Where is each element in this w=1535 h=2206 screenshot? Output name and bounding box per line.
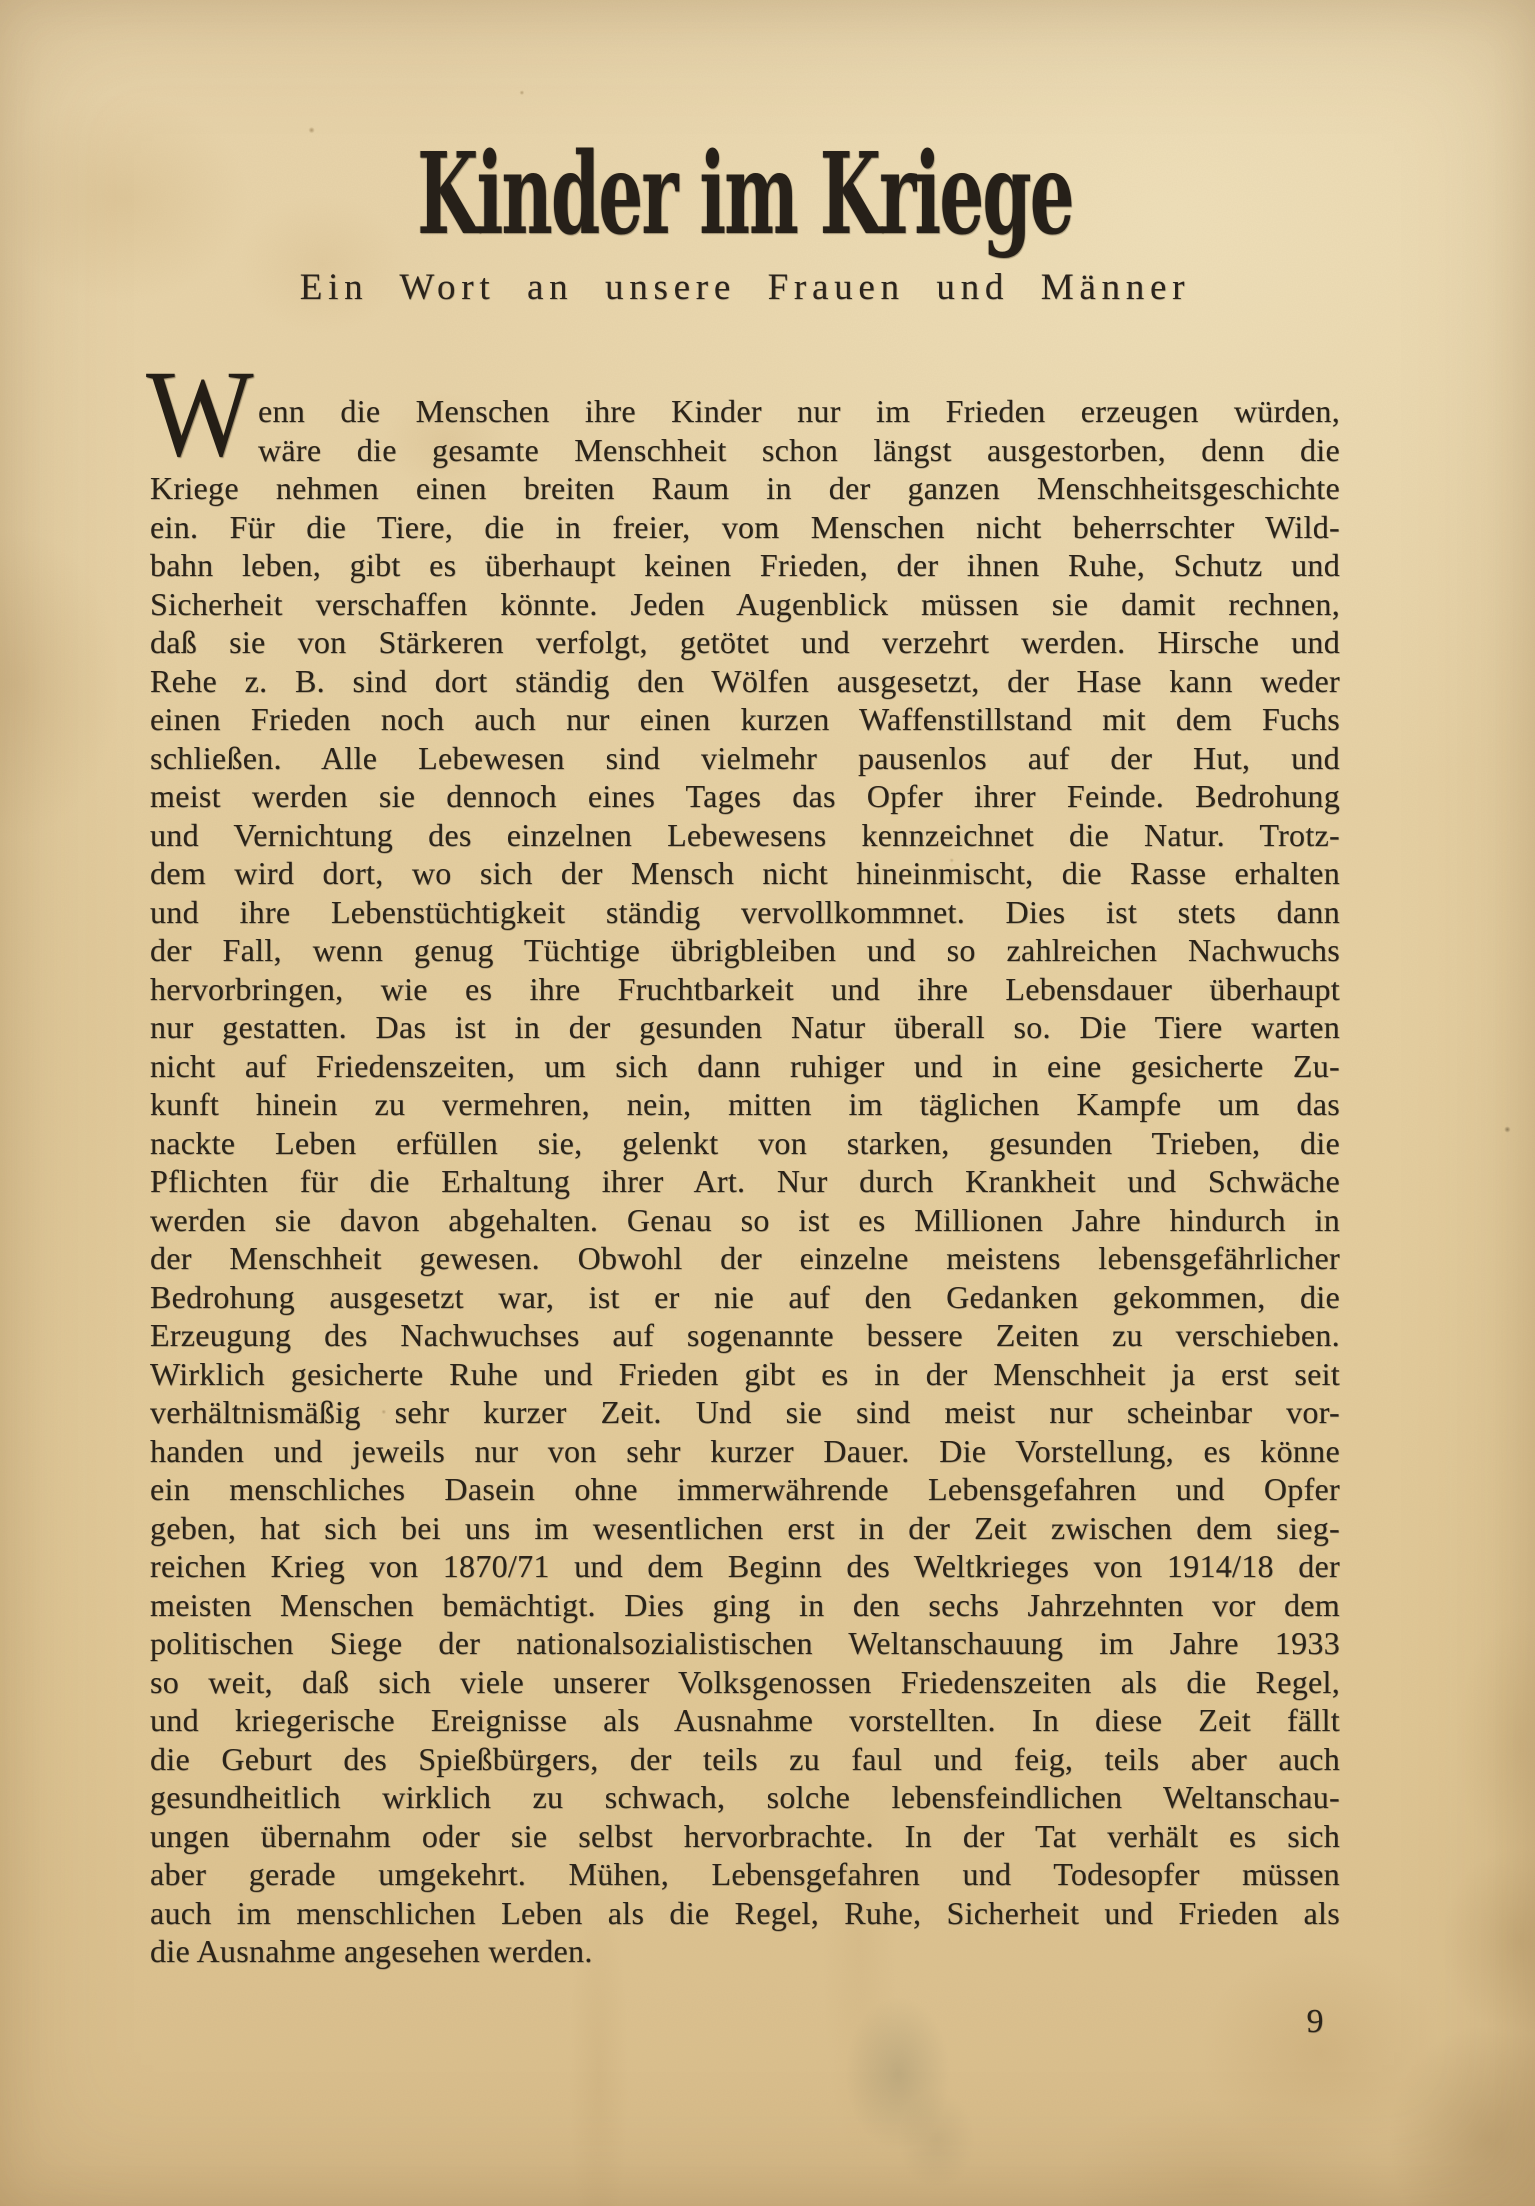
text-line: die Geburt des Spießbürgers, der teils z… <box>150 1740 1340 1779</box>
text-line: geben, hat sich bei uns im wesentlichen … <box>150 1509 1340 1548</box>
text-line: hervorbringen, wie es ihre Fruchtbarkeit… <box>150 970 1340 1009</box>
text-line: meist werden sie dennoch eines Tages das… <box>150 777 1340 816</box>
text-line: der Fall, wenn genug Tüchtige übrigbleib… <box>150 931 1340 970</box>
text-line: meisten Menschen bemächtigt. Dies ging i… <box>150 1586 1340 1625</box>
drop-cap: W <box>146 352 254 476</box>
text-line: aber gerade umgekehrt. Mühen, Lebensgefa… <box>150 1855 1340 1894</box>
text-line: der Menschheit gewesen. Obwohl der einze… <box>150 1239 1340 1278</box>
text-line: werden sie davon abgehalten. Genau so is… <box>150 1201 1340 1240</box>
text-line: kunft hinein zu vermehren, nein, mitten … <box>150 1085 1340 1124</box>
text-line: enn die Menschen ihre Kinder nur im Frie… <box>150 392 1340 431</box>
page-subtitle: Ein Wort an unsere Frauen und Männer <box>150 266 1340 310</box>
text-line: Sicherheit verschaffen könnte. Jeden Aug… <box>150 585 1340 624</box>
page-number: 9 <box>1270 2003 1360 2041</box>
text-line: wäre die gesamte Menschheit schon längst… <box>150 431 1340 470</box>
text-line: verhältnismäßig sehr kurzer Zeit. Und si… <box>150 1393 1340 1432</box>
page-title: Kinder im Kriege <box>370 128 1120 262</box>
text-line: ungen übernahm oder sie selbst hervorbra… <box>150 1817 1340 1856</box>
text-line: reichen Krieg von 1870/71 und dem Beginn… <box>150 1547 1340 1586</box>
document-page: Kinder im Kriege Ein Wort an unsere Frau… <box>0 0 1535 2206</box>
text-line: Rehe z. B. sind dort ständig den Wölfen … <box>150 662 1340 701</box>
text-line: nicht auf Friedenszeiten, um sich dann r… <box>150 1047 1340 1086</box>
text-line: auch im menschlichen Leben als die Regel… <box>150 1894 1340 1933</box>
text-line: so weit, daß sich viele unserer Volksgen… <box>150 1663 1340 1702</box>
text-line: Wirklich gesicherte Ruhe und Frieden gib… <box>150 1355 1340 1394</box>
text-line: Pflichten für die Erhaltung ihrer Art. N… <box>150 1162 1340 1201</box>
text-line: handen und jeweils nur von sehr kurzer D… <box>150 1432 1340 1471</box>
text-line: die Ausnahme angesehen werden. <box>150 1932 1340 1971</box>
text-line: schließen. Alle Lebewesen sind vielmehr … <box>150 739 1340 778</box>
text-line: Bedrohung ausgesetzt war, ist er nie auf… <box>150 1278 1340 1317</box>
body-text: W enn die Menschen ihre Kinder nur im Fr… <box>150 392 1340 1971</box>
text-line: daß sie von Stärkeren verfolgt, getötet … <box>150 623 1340 662</box>
text-line: gesundheitlich wirklich zu schwach, solc… <box>150 1778 1340 1817</box>
text-line: und ihre Lebenstüchtigkeit ständig vervo… <box>150 893 1340 932</box>
text-line: einen Frieden noch auch nur einen kurzen… <box>150 700 1340 739</box>
text-line: nur gestatten. Das ist in der gesunden N… <box>150 1008 1340 1047</box>
text-line: ein. Für die Tiere, die in freier, vom M… <box>150 508 1340 547</box>
text-line: bahn leben, gibt es überhaupt keinen Fri… <box>150 546 1340 585</box>
text-line: Erzeugung des Nachwuchses auf sogenannte… <box>150 1316 1340 1355</box>
text-line: ein menschliches Dasein ohne immerwähren… <box>150 1470 1340 1509</box>
text-line: nackte Leben erfüllen sie, gelenkt von s… <box>150 1124 1340 1163</box>
text-line: Kriege nehmen einen breiten Raum in der … <box>150 469 1340 508</box>
text-line: politischen Siege der nationalsozialisti… <box>150 1624 1340 1663</box>
paragraph: enn die Menschen ihre Kinder nur im Frie… <box>150 392 1340 1971</box>
text-line: und kriegerische Ereignisse als Ausnahme… <box>150 1701 1340 1740</box>
text-line: und Vernichtung des einzelnen Lebewesens… <box>150 816 1340 855</box>
text-line: dem wird dort, wo sich der Mensch nicht … <box>150 854 1340 893</box>
